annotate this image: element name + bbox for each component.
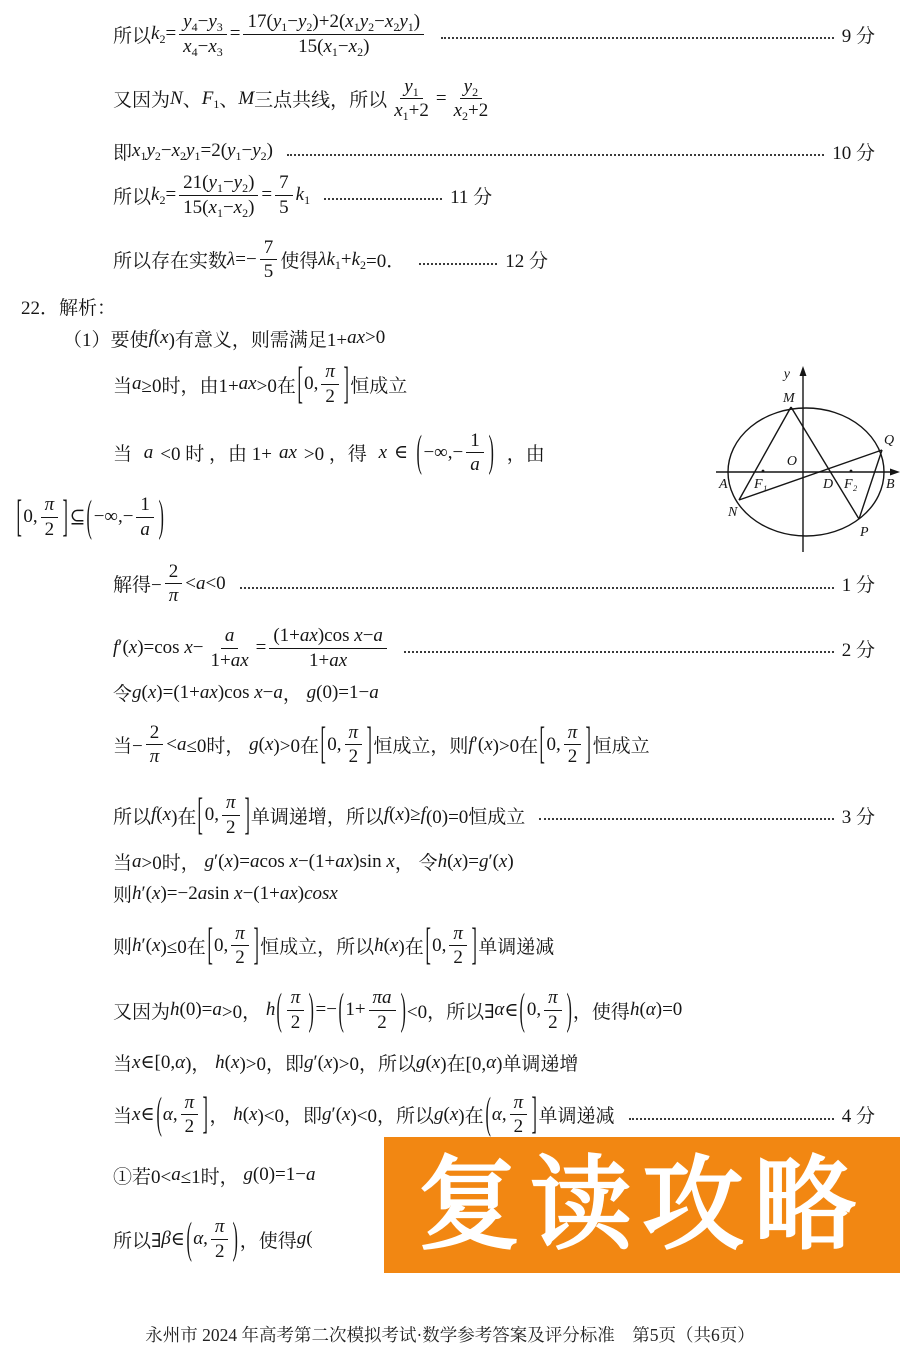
line-g-increasing: 当x∈[0,α)， h(x)>0，即g′(x)>0，所以g(x)在[0,α)单调… [113,1049,875,1077]
figure-label-Q: Q [884,433,894,448]
repeat-study-guide-banner: 复读攻略 [384,1137,900,1273]
formula: 令g(x)=(1+ax)cos x−a， g(0)=1−a [113,679,379,706]
formula: （1）要使f(x)有意义，则需满足1+ax>0 [63,325,385,352]
dotted-leader [287,152,824,156]
figure-label-F1: F₁ [753,477,767,492]
figure-label-y: y [782,367,791,382]
formula: 解得−2π<a<0 [113,558,226,611]
line-4pts: 当x∈(α,π2]， h(x)<0，即g′(x)<0，所以g(x)在(α,π2]… [113,1089,875,1142]
y-axis-arrow [800,366,807,376]
formula: 当x∈(α,π2]， h(x)<0，即g′(x)<0，所以g(x)在(α,π2]… [113,1089,615,1142]
figure-label-F2: F₂ [843,477,858,492]
formula: 又因为N、F1、M三点共线，所以y1x1+2=y2x2+2 [113,73,495,126]
formula: 当−2π<a≤0时， g(x)>0在[0,π2]恒成立，则f′(x)>0在[0,… [113,719,650,772]
figure-label-O: O [787,454,797,469]
dotted-leader [404,649,834,653]
figure-label-D: D [822,477,833,492]
score-label: 11 分 [450,182,492,209]
formula: 所以∃β∈(α,π2)，使得g( [113,1213,313,1266]
score-label: 12 分 [505,246,548,273]
score-label: 3 分 [842,802,875,829]
score-label: 1 分 [842,570,875,597]
dotted-leader [324,196,442,200]
segment-MP [791,407,859,519]
formula: 22．解析： [21,293,116,320]
formula: 所以k2=21(y1−y2)15(x1−x2)=75k1 [113,169,310,222]
formula: 即x1y2−x2y1=2(y1−y2) [113,138,273,165]
line-10pts: 即x1y2−x2y1=2(y1−y2)10 分 [113,137,875,165]
formula: f′(x)=cos x−a1+ax=(1+ax)cos x−a1+ax [113,622,390,675]
solution-text-block: 所以k2=y4−y3x4−x3=17(y1−y2)+2(x1y2−x2y1)15… [113,8,875,1266]
formula: [0,π2]⊆(−∞,−1a) [15,491,165,544]
figure-label-A: A [718,477,728,492]
line-g-positive: 当−2π<a≤0时， g(x)>0在[0,π2]恒成立，则f′(x)>0在[0,… [113,719,875,772]
line-collinear: 又因为N、F1、M三点共线，所以y1x1+2=y2x2+2 [113,73,875,126]
focus-f1-dot [762,470,765,473]
dotted-leader [539,816,833,820]
score-label: 2 分 [842,635,875,662]
score-label: 10 分 [832,138,875,165]
banner-text: 复读攻略 [418,1154,866,1256]
line-part1: （1）要使f(x)有意义，则需满足1+ax>0 [63,324,875,352]
line-3pts: 所以f(x)在[0,π2]单调递增，所以f(x)≥f(0)=0恒成立3 分 [113,789,875,842]
page-footer: 永州市 2024 年高考第二次模拟考试·数学参考答案及评分标准 第5页（共6页） [0,1322,900,1347]
line-2pts: f′(x)=cos x−a1+ax=(1+ax)cos x−a1+ax2 分 [113,622,875,675]
formula: 当a>0时， g′(x)=acos x−(1+ax)sin x， 令h(x)=g… [113,848,514,875]
formula: 则h′(x)≤0在[0,π2]恒成立，所以h(x)在[0,π2]单调递减 [113,920,554,973]
score-label: 9 分 [842,21,875,48]
line-let-g: 令g(x)=(1+ax)cos x−a， g(0)=1−a [113,679,875,707]
formula: ①若0<a≤1时， g(0)=1−a [113,1162,316,1189]
exam-answer-page: { "banner": {"text": "复读攻略", "bg": "#F28… [0,0,900,1369]
ellipse-figure: y M O Q A F₁ N D F₂ B P [714,364,900,556]
line-12pts: 所以存在实数λ=−75使得λk1+k2=0．12 分 [113,234,875,287]
focus-f2-dot [850,470,853,473]
segment-NQ [739,450,882,500]
dotted-leader [419,261,497,265]
line-11pts: 所以k2=21(y1−y2)15(x1−x2)=75k111 分 [113,169,875,222]
formula: 所以k2=y4−y3x4−x3=17(y1−y2)+2(x1y2−x2y1)15… [113,8,427,61]
formula: 当a≥0时，由1+ax>0在[0,π2]恒成立 [113,358,407,411]
figure-label-B: B [886,477,895,492]
dotted-leader [240,585,834,589]
figure-label-N: N [727,505,738,520]
line-h-alpha: 又因为h(0)=a>0， h(π2)=−(1+πa2)<0，所以∃α∈(0,π2… [113,984,875,1037]
dotted-leader [441,35,834,39]
score-label: 4 分 [842,1101,875,1128]
x-axis-arrow [890,469,900,476]
line-h-prime: 则h′(x)=−2asin x−(1+ax)cosx [113,880,875,908]
line-h-decreasing: 则h′(x)≤0在[0,π2]恒成立，所以h(x)在[0,π2]单调递减 [113,920,875,973]
line-a-gt-0: 当a>0时， g′(x)=acos x−(1+ax)sin x， 令h(x)=g… [113,848,875,876]
footer-text: 永州市 2024 年高考第二次模拟考试·数学参考答案及评分标准 第5页（共6页） [145,1325,755,1345]
line-k2-big: 所以k2=y4−y3x4−x3=17(y1−y2)+2(x1y2−x2y1)15… [113,8,875,61]
formula: 当 a<0 时 ，由 1+ax>0 ，得 x∈(−∞,−1a) ，由 [113,427,552,480]
heading-q22: 22．解析： [21,292,875,320]
figure-label-P: P [859,525,869,540]
dotted-leader [629,1116,834,1120]
formula: 又因为h(0)=a>0， h(π2)=−(1+πa2)<0，所以∃α∈(0,π2… [113,984,682,1037]
formula: 当x∈[0,α)， h(x)>0，即g′(x)>0，所以g(x)在[0,α)单调… [113,1049,578,1076]
figure-label-M: M [782,391,796,406]
formula: 所以f(x)在[0,π2]单调递增，所以f(x)≥f(0)=0恒成立 [113,789,525,842]
formula: 所以存在实数λ=−75使得λk1+k2=0． [113,234,405,287]
formula: 则h′(x)=−2asin x−(1+ax)cosx [113,880,338,907]
line-1pts: 解得−2π<a<01 分 [113,558,875,611]
